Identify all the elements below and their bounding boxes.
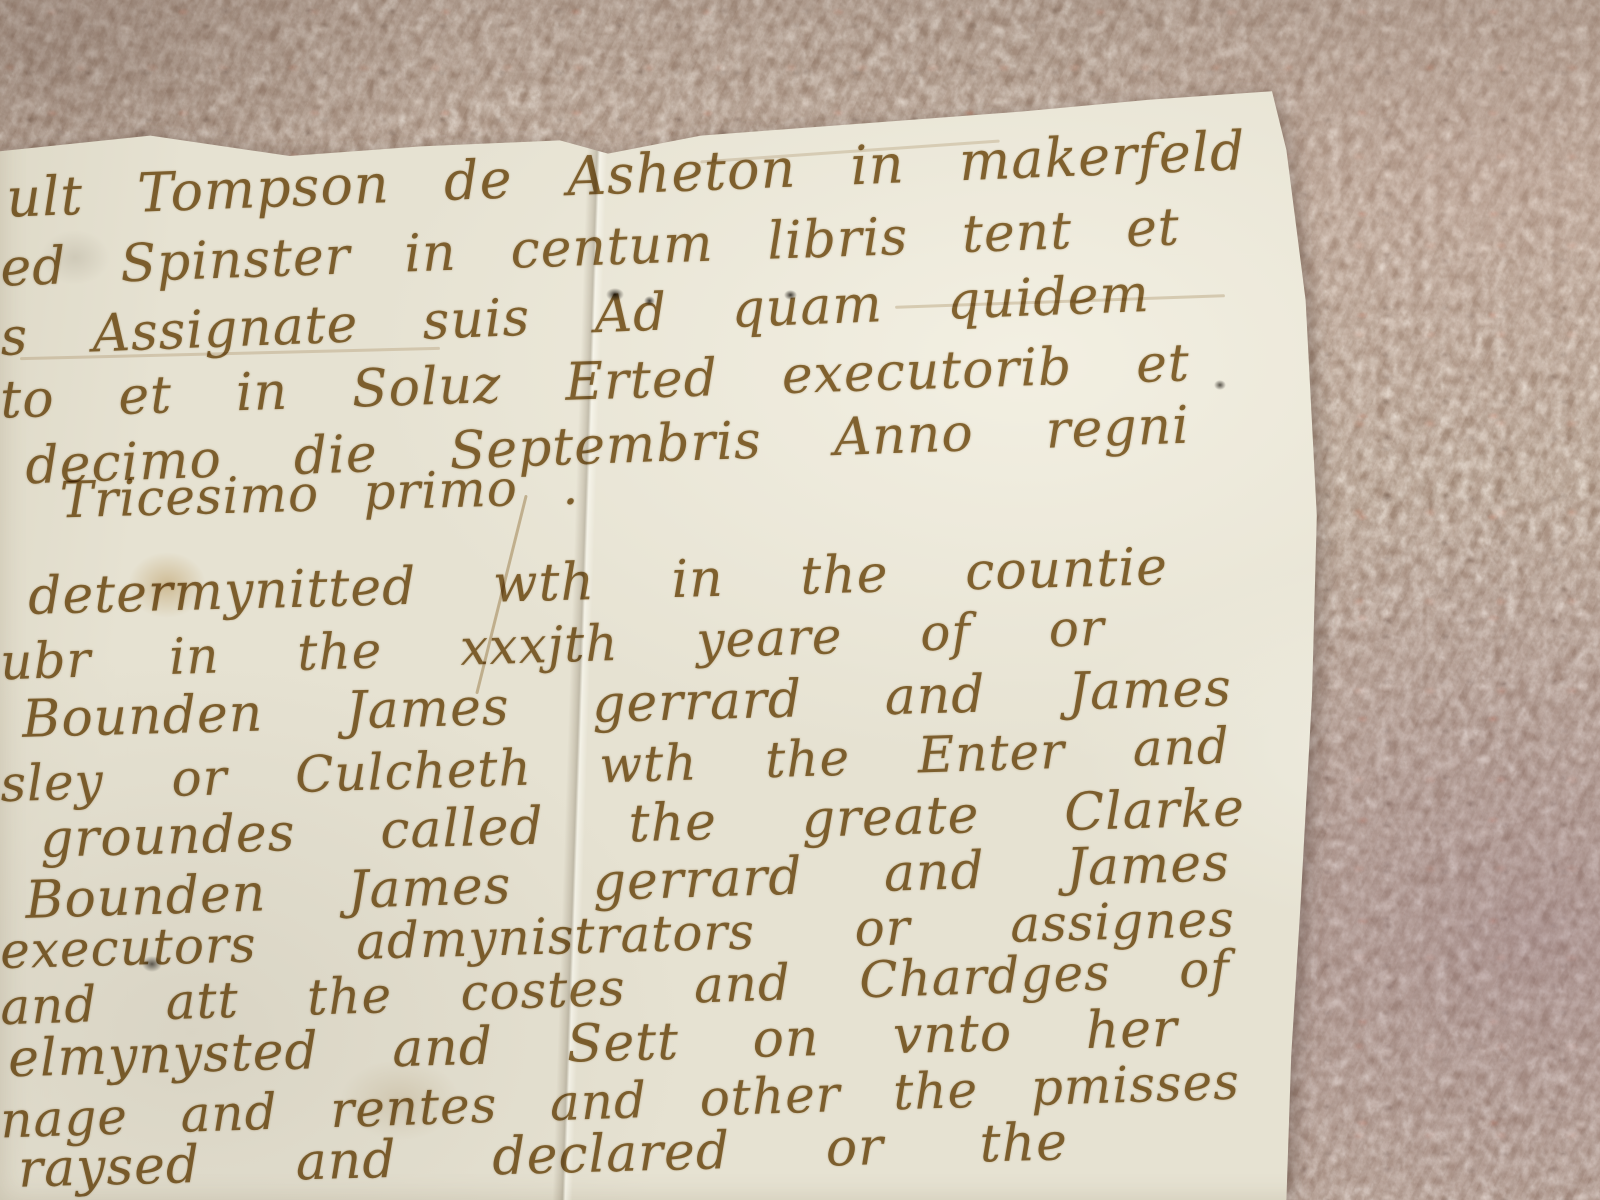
photo-of-manuscript: ult Tompson de Asheton in makerfelded Sp… (0, 0, 1600, 1200)
ink-blot (1214, 380, 1226, 390)
parchment-wrap: ult Tompson de Asheton in makerfelded Sp… (0, 0, 1600, 1200)
manuscript-line-6: Tricesimo primo . (59, 461, 620, 526)
parchment-sheet: ult Tompson de Asheton in makerfelded Sp… (0, 0, 1600, 1200)
